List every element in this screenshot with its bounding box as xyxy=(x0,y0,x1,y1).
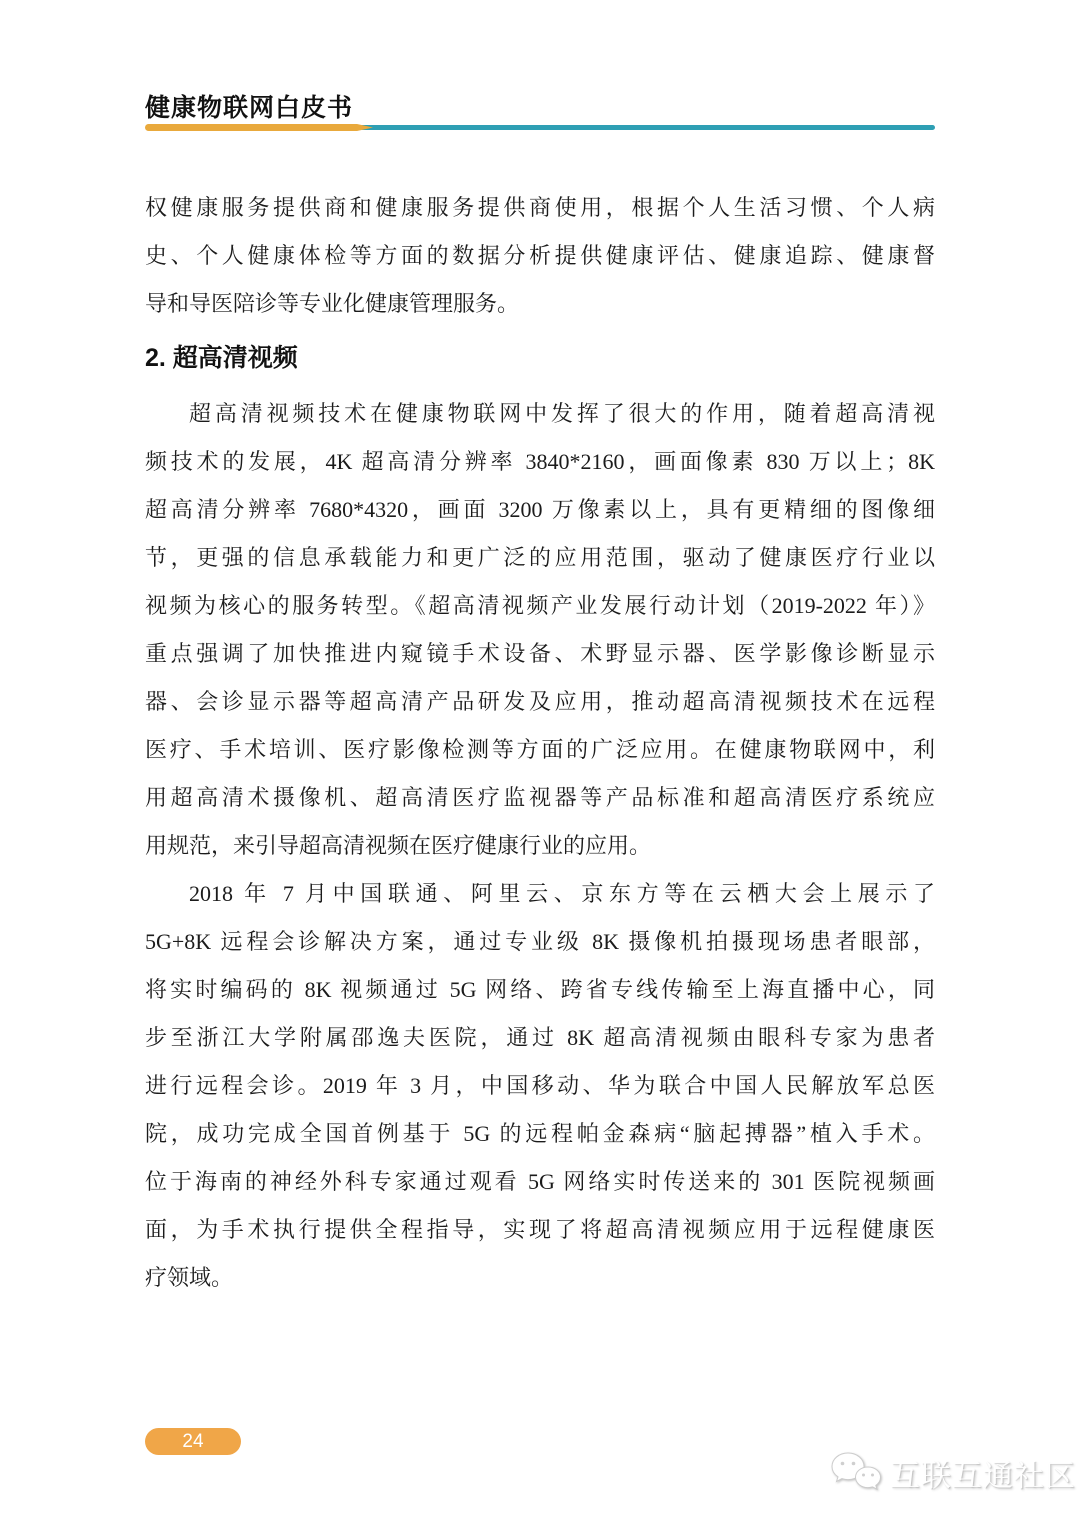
text-line: 超高清视频技术在健康物联网中发挥了很大的作用，随着超高清视 xyxy=(145,390,935,438)
text-line: 步至浙江大学附属邵逸夫医院，通过 8K 超高清视频由眼科专家为患者 xyxy=(145,1014,935,1062)
header-rule-teal-segment xyxy=(359,125,935,130)
text-line: 史、个人健康体检等方面的数据分析提供健康评估、健康追踪、健康督 xyxy=(145,232,935,280)
section-heading: 2. 超高清视频 xyxy=(145,338,935,378)
header-rule-orange-segment xyxy=(145,124,373,131)
paragraph-continuation: 权健康服务提供商和健康服务提供商使用，根据个人生活习惯、个人病史、个人健康体检等… xyxy=(145,184,935,328)
text-line: 面，为手术执行提供全程指导，实现了将超高清视频应用于远程健康医 xyxy=(145,1206,935,1254)
paragraph-uhd-video: 超高清视频技术在健康物联网中发挥了很大的作用，随着超高清视频技术的发展，4K 超… xyxy=(145,390,935,870)
text-line: 疗领域。 xyxy=(145,1254,935,1302)
text-line: 器、会诊显示器等超高清产品研发及应用，推动超高清视频技术在远程 xyxy=(145,678,935,726)
text-line: 频技术的发展，4K 超高清分辨率 3840*2160，画面像素 830 万以上；… xyxy=(145,438,935,486)
text-line: 重点强调了加快推进内窥镜手术设备、术野显示器、医学影像诊断显示 xyxy=(145,630,935,678)
text-line: 用超高清术摄像机、超高清医疗监视器等产品标准和超高清医疗系统应 xyxy=(145,774,935,822)
paragraph-5g-8k-cases: 2018 年 7 月中国联通、阿里云、京东方等在云栖大会上展示了5G+8K 远程… xyxy=(145,870,935,1302)
text-line: 医疗、手术培训、医疗影像检测等方面的广泛应用。在健康物联网中，利 xyxy=(145,726,935,774)
text-line: 院，成功完成全国首例基于 5G 的远程帕金森病“脑起搏器”植入手术。 xyxy=(145,1110,935,1158)
text-line: 5G+8K 远程会诊解决方案，通过专业级 8K 摄像机拍摄现场患者眼部， xyxy=(145,918,935,966)
text-line: 用规范，来引导超高清视频在医疗健康行业的应用。 xyxy=(145,822,935,870)
header-rule xyxy=(145,124,935,132)
page-body: 权健康服务提供商和健康服务提供商使用，根据个人生活习惯、个人病史、个人健康体检等… xyxy=(145,184,935,1302)
text-line: 2018 年 7 月中国联通、阿里云、京东方等在云栖大会上展示了 xyxy=(145,870,935,918)
text-line: 超高清分辨率 7680*4320，画面 3200 万像素以上，具有更精细的图像细 xyxy=(145,486,935,534)
text-line: 位于海南的神经外科专家通过观看 5G 网络实时传送来的 301 医院视频画 xyxy=(145,1158,935,1206)
watermark: 互联互通社区 xyxy=(830,1450,1076,1496)
text-line: 将实时编码的 8K 视频通过 5G 网络、跨省专线传输至上海直播中心，同 xyxy=(145,966,935,1014)
text-line: 视频为核心的服务转型。《超高清视频产业发展行动计划（2019-2022 年）》 xyxy=(145,582,935,630)
wechat-bubbles-icon xyxy=(830,1450,882,1496)
text-line: 导和导医陪诊等专业化健康管理服务。 xyxy=(145,280,935,328)
text-line: 权健康服务提供商和健康服务提供商使用，根据个人生活习惯、个人病 xyxy=(145,184,935,232)
text-line: 进行远程会诊。2019 年 3 月，中国移动、华为联合中国人民解放军总医 xyxy=(145,1062,935,1110)
page-number-badge: 24 xyxy=(145,1428,241,1455)
page-title: 健康物联网白皮书 xyxy=(145,88,353,124)
text-line: 节，更强的信息承载能力和更广泛的应用范围，驱动了健康医疗行业以 xyxy=(145,534,935,582)
watermark-text: 互联互通社区 xyxy=(890,1451,1076,1495)
document-page: 健康物联网白皮书 权健康服务提供商和健康服务提供商使用，根据个人生活习惯、个人病… xyxy=(0,0,1080,1525)
